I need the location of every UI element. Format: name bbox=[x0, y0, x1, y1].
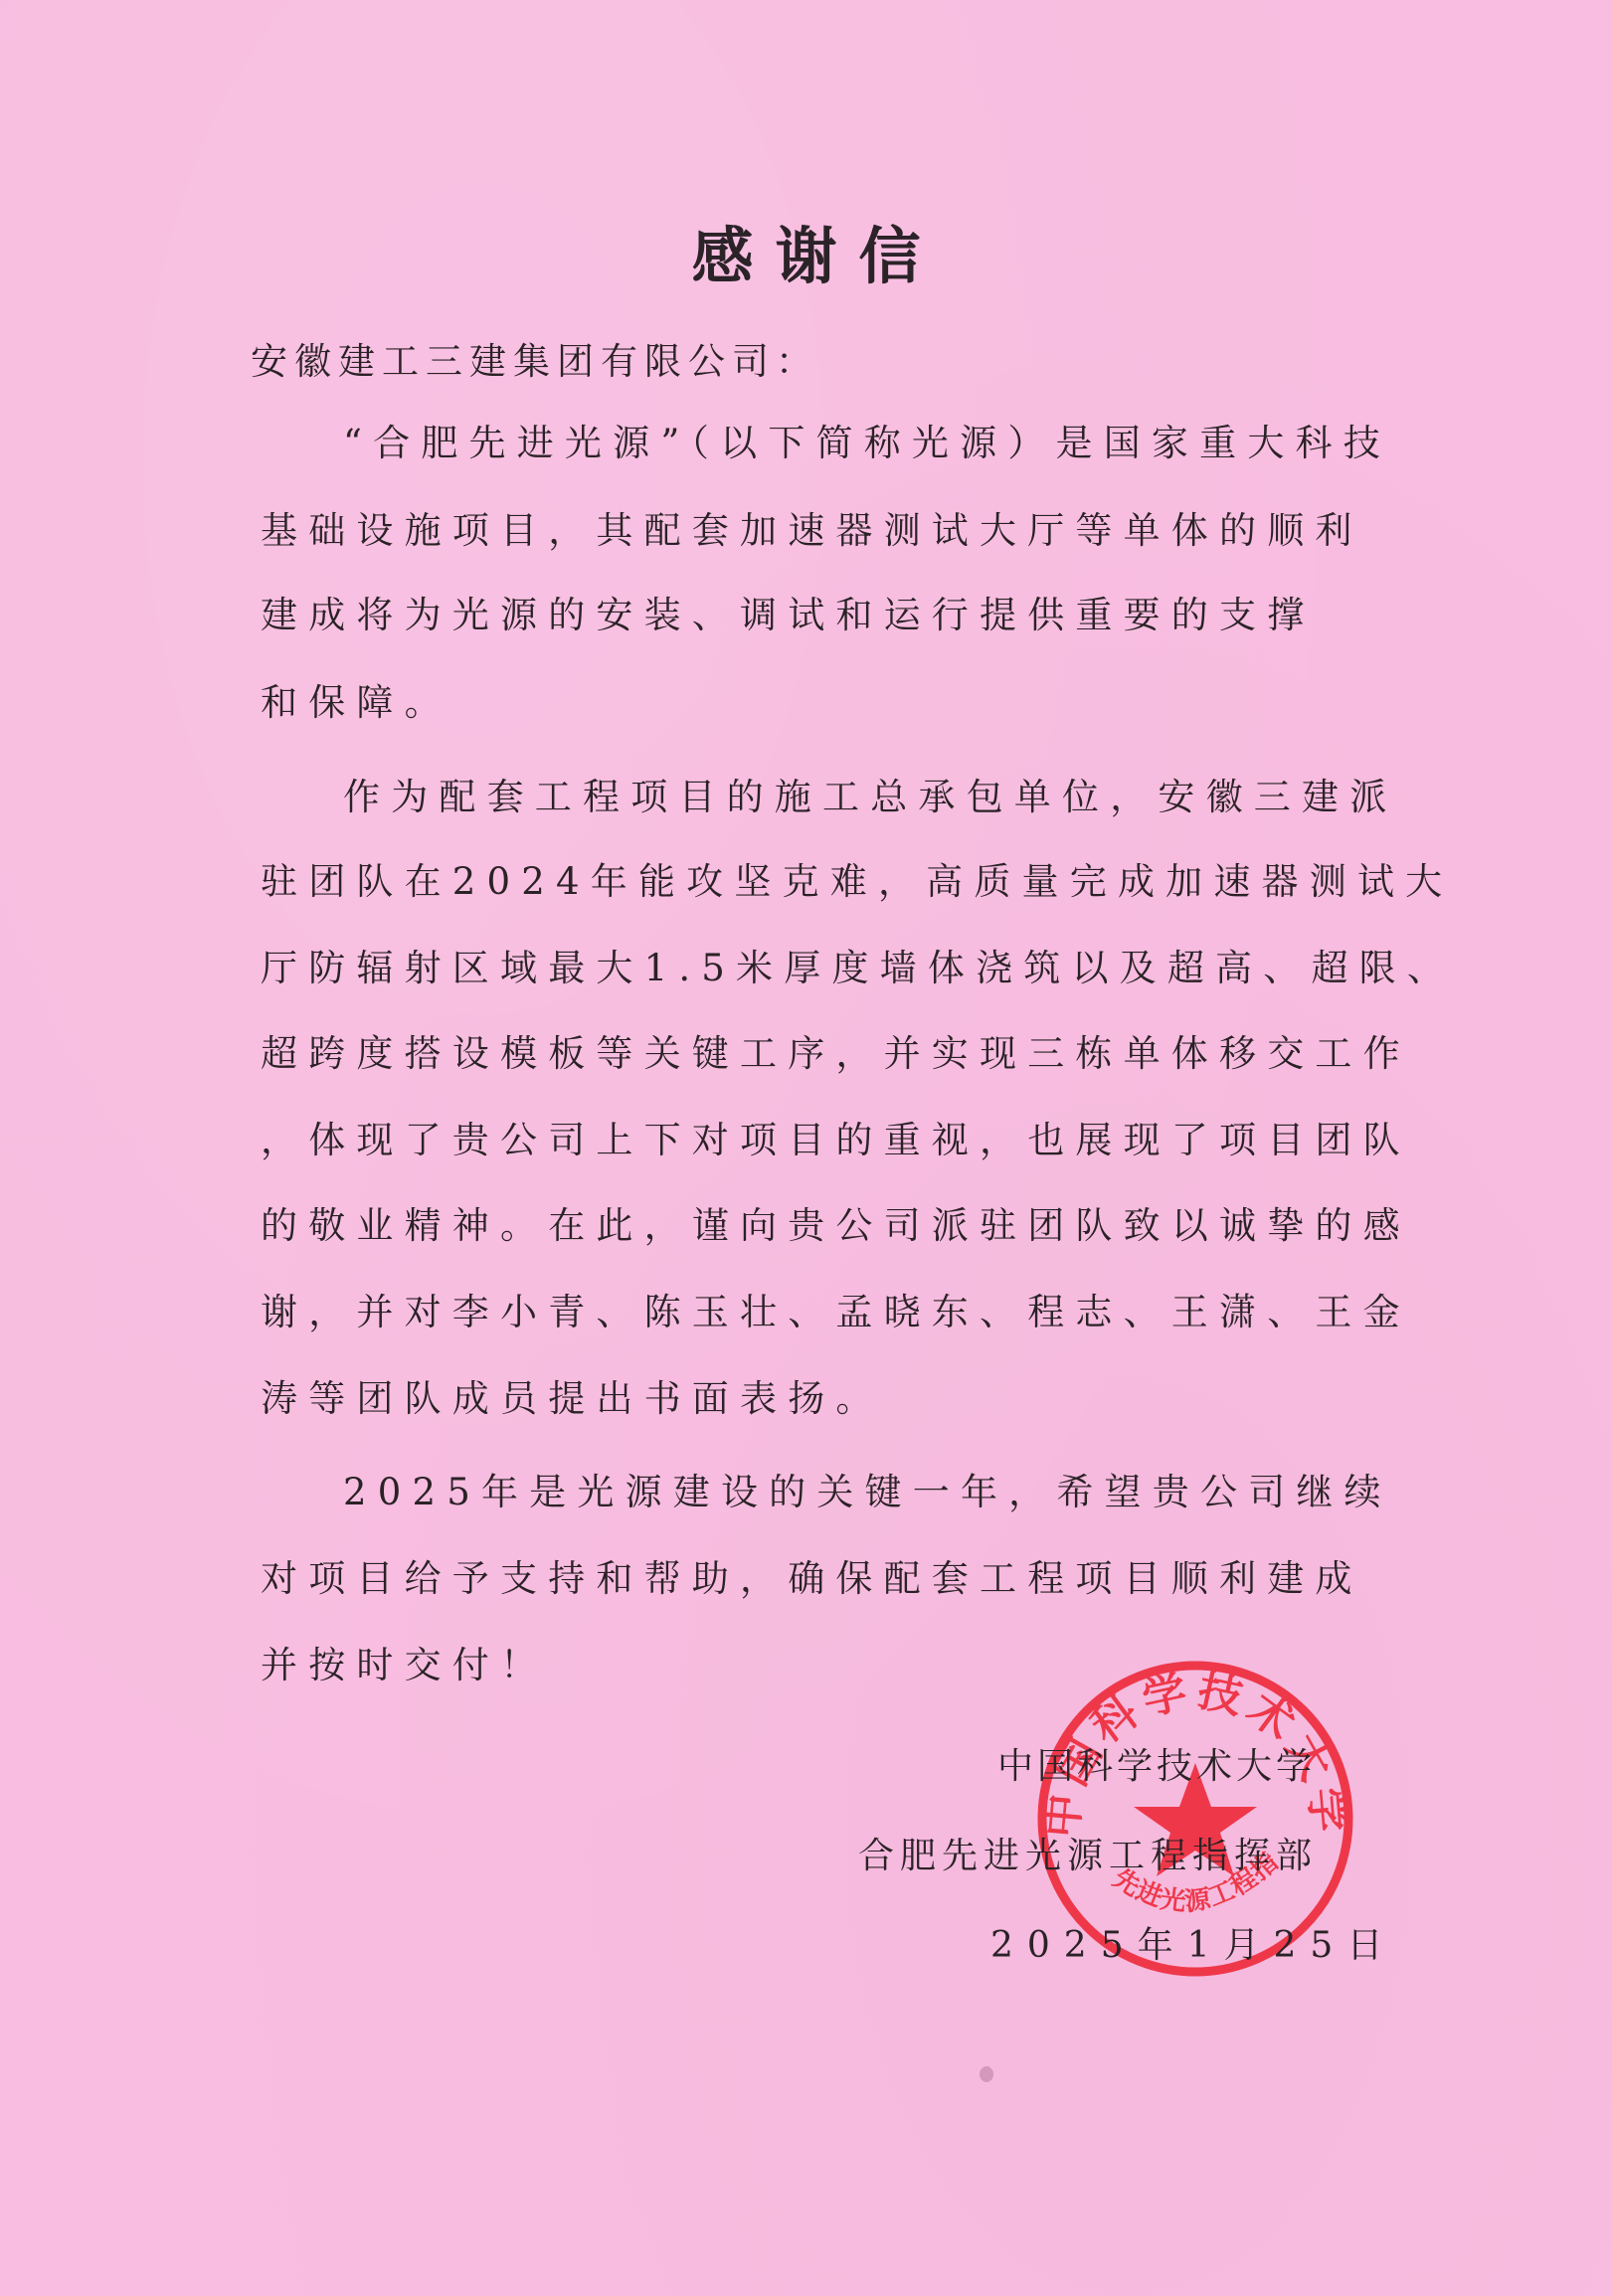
paragraph-1-line-1: “合肥先进光源”（以下简称光源）是国家重大科技 bbox=[343, 422, 1437, 465]
paragraph-1-line-2: 基础设施项目，其配套加速器测试大厅等单体的顺利 bbox=[261, 509, 1354, 553]
signature-date: 2025年1月25日 bbox=[990, 1917, 1396, 1968]
paragraph-2-line-6: 的敬业精神。在此，谨向贵公司派驻团队致以诚挚的感 bbox=[261, 1204, 1354, 1248]
paragraph-1-line-4: 和保障。 bbox=[261, 681, 1354, 725]
paragraph-2-line-5: ，体现了贵公司上下对项目的重视，也展现了项目团队 bbox=[261, 1119, 1354, 1162]
paragraph-2-line-1: 作为配套工程项目的施工总承包单位，安徽三建派 bbox=[343, 776, 1437, 819]
letter-page: 感谢信 安徽建工三建集团有限公司： “合肥先进光源”（以下简称光源）是国家重大科… bbox=[0, 0, 1612, 2296]
paragraph-2-line-7: 谢，并对李小青、陈玉壮、孟晓东、程志、王潇、王金 bbox=[261, 1291, 1354, 1334]
paper-speck bbox=[980, 2066, 993, 2082]
paragraph-2-line-8: 涛等团队成员提出书面表扬。 bbox=[261, 1377, 1354, 1421]
letter-title: 感谢信 bbox=[0, 207, 1612, 295]
signature-organization: 中国科学技术大学 bbox=[997, 1738, 1316, 1789]
paragraph-2-line-3: 厅防辐射区域最大1.5米厚度墙体浇筑以及超高、超限、 bbox=[261, 947, 1354, 990]
paragraph-3-line-1: 2025年是光源建设的关键一年，希望贵公司继续 bbox=[343, 1471, 1437, 1514]
signature-department: 合肥先进光源工程指挥部 bbox=[858, 1828, 1318, 1878]
salutation: 安徽建工三建集团有限公司： bbox=[251, 331, 819, 385]
paragraph-1-line-3: 建成将为光源的安装、调试和运行提供重要的支撑 bbox=[261, 594, 1354, 637]
paragraph-2-line-4: 超跨度搭设模板等关键工序，并实现三栋单体移交工作 bbox=[261, 1032, 1354, 1076]
paragraph-2-line-2: 驻团队在2024年能攻坚克难，高质量完成加速器测试大 bbox=[261, 860, 1354, 904]
paragraph-3-line-2: 对项目给予支持和帮助，确保配套工程项目顺利建成 bbox=[261, 1557, 1354, 1601]
